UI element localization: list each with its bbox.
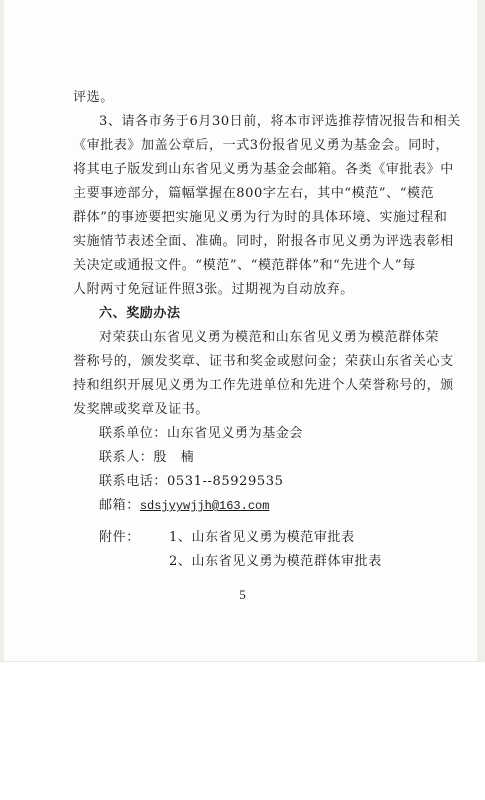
paragraph-line: 持和组织开展见义勇为工作先进单位和先进个人荣誉称号的，颁 <box>73 374 429 398</box>
paragraph-line: 对荣获山东省见义勇为模范和山东省见义勇为模范群体荣 <box>73 326 429 350</box>
reward-paragraph: 对荣获山东省见义勇为模范和山东省见义勇为模范群体荣 誉称号的，颁发奖章、证书和奖… <box>73 326 429 422</box>
attachments-block: 附件： 1、山东省见义勇为模范审批表 2、山东省见义勇为模范群体审批表 <box>73 526 429 574</box>
paragraph-item-3: 3、请各市务于6月30日前，将本市评选推荐情况报告和相关 《审批表》加盖公章后，… <box>73 110 429 302</box>
paragraph-continuation: 评选。 <box>73 86 429 110</box>
attachment-item: 2、山东省见义勇为模范群体审批表 <box>73 550 429 574</box>
paragraph-line: 关决定或通报文件。“模范”、“模范群体”和“先进个人”每 <box>73 254 429 278</box>
contact-phone: 联系电话：0531--85929535 <box>73 470 429 494</box>
paragraph-line: 实施情节表述全面、准确。同时，附报各市见义勇为评选表彰相 <box>73 230 429 254</box>
paragraph-line: 人附两寸免冠证件照3张。过期视为自动放弃。 <box>73 278 429 302</box>
contact-person-label: 联系人： <box>99 450 153 465</box>
paragraph-line: 群体”的事迹要把实施见义勇为行为时的具体环境、实施过程和 <box>73 206 429 230</box>
contact-person-value: 殷 楠 <box>153 450 194 465</box>
paragraph-line: 3、请各市务于6月30日前，将本市评选推荐情况报告和相关 <box>73 110 429 134</box>
contact-person: 联系人：殷 楠 <box>73 446 429 470</box>
spacer <box>73 518 429 526</box>
paragraph-line: 《审批表》加盖公章后，一式3份报省见义勇为基金会。同时， <box>73 134 429 158</box>
contact-phone-value: 0531--85929535 <box>167 474 283 489</box>
contact-email-link[interactable]: sdsjyywjjh@163.com <box>140 499 270 513</box>
document-body: 评选。 3、请各市务于6月30日前，将本市评选推荐情况报告和相关 《审批表》加盖… <box>73 86 429 574</box>
contact-unit: 联系单位：山东省见义勇为基金会 <box>73 422 429 446</box>
paragraph-line: 誉称号的，颁发奖章、证书和奖金或慰问金；荣获山东省关心支 <box>73 350 429 374</box>
paragraph-line: 将其电子版发到山东省见义勇为基金会邮箱。各类《审批表》中 <box>73 158 429 182</box>
contact-email: 邮箱：sdsjyywjjh@163.com <box>73 494 429 518</box>
paragraph-line: 发奖牌或奖章及证书。 <box>73 398 429 422</box>
contact-unit-value: 山东省见义勇为基金会 <box>167 426 303 441</box>
contact-block: 联系单位：山东省见义勇为基金会 联系人：殷 楠 联系电话：0531--85929… <box>73 422 429 518</box>
attachments-label: 附件： <box>73 526 169 550</box>
attachment-item: 1、山东省见义勇为模范审批表 <box>169 526 355 550</box>
contact-unit-label: 联系单位： <box>99 426 167 441</box>
page-number: 5 <box>0 587 485 603</box>
paragraph-line: 主要事迹部分，篇幅掌握在800字左右，其中“模范”、“模范 <box>73 182 429 206</box>
contact-phone-label: 联系电话： <box>99 474 167 489</box>
contact-email-label: 邮箱： <box>99 498 140 513</box>
section-heading: 六、奖励办法 <box>73 302 429 326</box>
attachment-row-1: 附件： 1、山东省见义勇为模范审批表 <box>73 526 429 550</box>
